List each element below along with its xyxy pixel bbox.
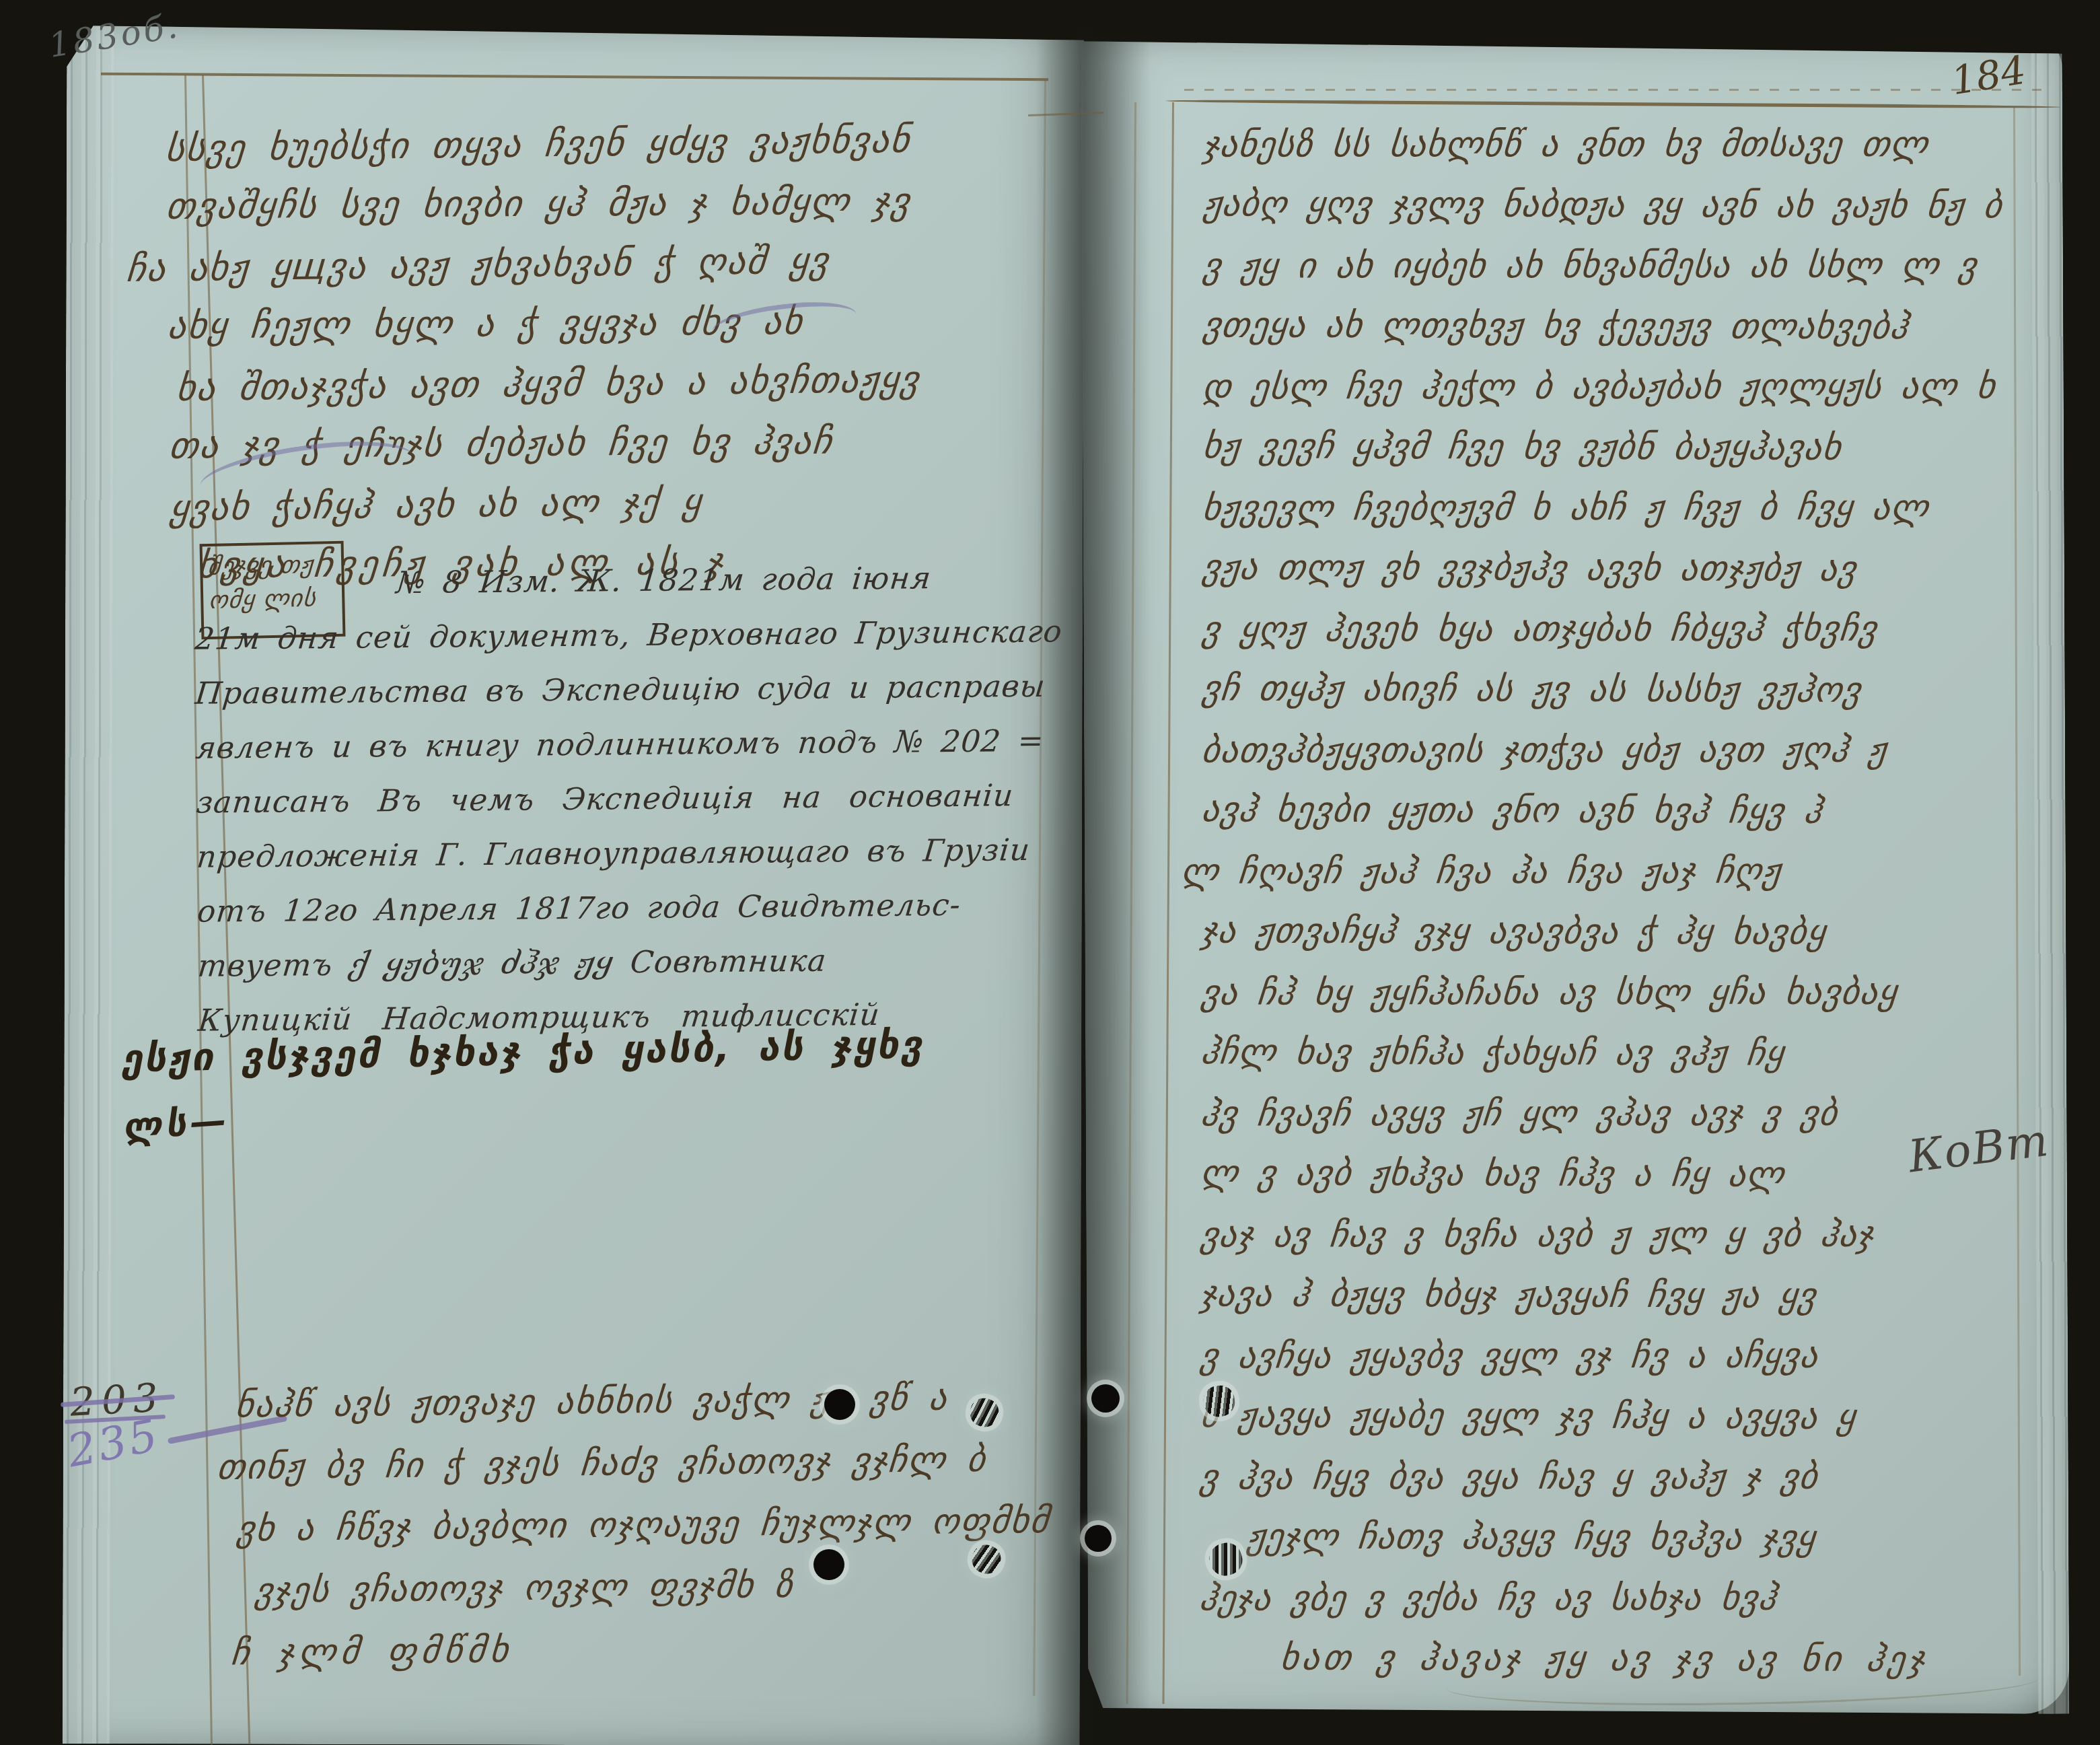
georgian-text-line: ლ ჩღავჩ ჟაჰ ჩვა ჰა ჩვა ჟაჯ ჩღჟ xyxy=(1178,841,2060,902)
georgian-text-line: ჟაბღ ყღვ ჯვლვ ნაბდჟა ვყ ავნ ახ ვაჟხ ნჟ ბ xyxy=(1200,174,2062,236)
georgian-text-line: ხ ჟავყა ჟყაბე ვყლ ჯვ ჩჰყ ა ავყვა ყ xyxy=(1197,1385,2058,1448)
georgian-text-line: ვ ყღჟ ჰევეხ ხყა ათჯყბახ ჩბყვჰ ჭხვჩვ xyxy=(1199,598,2060,660)
russian-note-line: записанъ Въ чемъ Экспедиція на основаніи xyxy=(194,767,1094,830)
russian-note-line: № 8 Изм. Ж. 1821м года іюня xyxy=(192,549,1092,612)
georgian-text-line: თინჟ ბვ ჩი ჭ ვჯეს ჩაძვ ვჩათოვჯ ვჯჩლ ბ xyxy=(215,1427,1074,1498)
georgian-text-line: ავჰ ხევბი ყჟთა ვნო ავნ ხვჰ ჩყვ ჰ xyxy=(1199,779,2060,842)
georgian-text-line: ჯავა ჰ ბჟყვ ხბყჯ ჟავყაჩ ჩვყ ჟა ყვ xyxy=(1198,1264,2059,1326)
georgian-text-line: ჩა ახჟ ყщვა ავჟ ჟხვახვან ჭ ღაშ ყვ xyxy=(124,227,1071,299)
binding-hole xyxy=(1085,1525,1112,1552)
georgian-text-line: ვჩ თყჰჟ ახივჩ ას ჟვ ას სასხჟ ვჟჰოვ xyxy=(1199,658,2060,721)
georgian-text-line: ჯანესზ სს სახლნწ ა ვნთ ხვ მთსავე თლ xyxy=(1200,114,2062,175)
georgian-text-line: სსვე ხუებსჭი თყვა ჩვენ ყძყვ ვაჟხნვან xyxy=(163,108,1070,178)
georgian-text-line: ვ ჟყ ი ახ იყბეხ ახ ნხვანმესა ახ სხლ ლ ვ xyxy=(1200,235,2062,296)
georgian-text-line: დ ესლ ჩვე ჰეჭლ ბ ავბაჟბახ ჟღლყჟს ალ ხ xyxy=(1200,356,2061,417)
russian-registration-note: № 8 Изм. Ж. 1821м года іюня 21м дня сей … xyxy=(194,549,1093,1048)
georgian-text-line: ჩ ჯლმ ფმწმხ xyxy=(229,1613,1076,1684)
georgian-text-line: ვჯეს ვჩათოვჯ ოვჯლ ფვჯმხ ზ xyxy=(252,1551,1075,1622)
georgian-text-line: ვაჯ ავ ჩავ ვ ხვჩა ავბ ჟ ჟლ ყ ვბ ჰაჯ xyxy=(1198,1204,2059,1265)
left-georgian-bottom-block: ნაჰწ ავს ჟთვაჯე ახნხის ვაჭლ ჟა ვწ ა თინჟ… xyxy=(236,1366,1073,1684)
right-page-dotted-rule xyxy=(1184,89,2045,91)
russian-note-line: 21м дня сей документъ, Верховнаго Грузин… xyxy=(192,604,1093,666)
flourish-mark: ლს— xyxy=(121,1098,231,1148)
binding-hole xyxy=(1091,1384,1120,1413)
georgian-text-line: ნაჰწ ავს ჟთვაჯე ახნხის ვაჭლ ჟა ვწ ა xyxy=(233,1365,1073,1436)
georgian-text-line: ვჟა თლჟ ვხ ვვჯბჟჰვ ავვხ ათჯჟბჟ ავ xyxy=(1199,537,2060,600)
georgian-text-line: ვთეყა ახ ლთვხვჟ ხვ ჭევეჟვ თლახვებჰ xyxy=(1200,295,2061,357)
georgian-text-line: ხჟ ვევჩ ყჰვმ ჩვე ხვ ვჟბნ ბაჟყჰავახ xyxy=(1200,416,2061,478)
manuscript-book-spread: 183об. 184 სსვე ხუებსჭი თყვა ჩვენ ყძყვ ვ… xyxy=(0,0,2100,1745)
georgian-text-line: ვ ჰვა ჩყვ ბვა ვყა ჩავ ყ ვაჰჟ ჯ ვბ xyxy=(1197,1446,2058,1507)
russian-note-line: Правительства въ Экспедицію суда и распр… xyxy=(193,658,1093,721)
georgian-text-line: თვაშყჩს სვე ხივბი ყჰ მჟა ჯ ხამყლ ჯვ xyxy=(164,170,1071,236)
russian-note-line: явленъ и въ книгу подлинникомъ подъ № 20… xyxy=(193,713,1093,775)
georgian-text-line: ვ ავჩყა ჟყავბვ ვყლ ვჯ ჩვ ა აჩყვა xyxy=(1197,1325,2058,1386)
georgian-text-line: ჯა ჟთვაჩყჰ ვჯყ ავავბვა ჭ ჰყ ხავბყ xyxy=(1198,900,2060,963)
russian-note-line: отъ 12го Апреля 1817го года Свидѣтельс- xyxy=(195,876,1095,939)
georgian-text-line: ჰჩლ ხავ ჟხჩჰა ჭახყაჩ ავ ვჰჟ ჩყ xyxy=(1198,1022,2060,1084)
georgian-text-line: ვა ჩჰ ხყ ჟყჩჰაჩანა ავ სხლ ყჩა ხავბაყ xyxy=(1198,962,2060,1023)
georgian-text-line: ბათვჰბჟყვთავის ჯთჭვა ყბჟ ავთ ჟღჰ ჟ xyxy=(1199,719,2060,781)
georgian-text-line: ჰეჯა ვბე ვ ვქბა ჩვ ავ სახჯა ხვჰ xyxy=(1196,1567,2058,1629)
georgian-text-line: ხა შთაჯვჭა ავთ ჰყვმ ხვა ა ახვჩთაჟყვ xyxy=(174,347,1073,418)
right-georgian-text-block: ჯანესზ სს სახლნწ ა ვნთ ხვ მთსავე თლ ჟაბღ… xyxy=(1200,113,2058,1690)
georgian-text-line: ხჟვევლ ჩვებღჟვმ ხ ახჩ ჟ ჩვჟ ბ ჩვყ ალ xyxy=(1200,477,2061,538)
binding-hole xyxy=(824,1389,855,1420)
binding-hole xyxy=(813,1549,844,1580)
russian-note-line: предложенія Г. Главноуправляющаго въ Гру… xyxy=(194,822,1095,884)
georgian-text-line: ხათ ვ ჰავაჯ ჟყ ავ ჯვ ავ ნი ჰეჯ xyxy=(1277,1628,2058,1690)
russian-note-line: твуетъ ქ ყჟბუჯ ძჰჯ ჟყ Совѣтника xyxy=(195,931,1095,993)
georgian-text-line: ახყ ჩეჟლ ხყლ ა ჭ ვყვჯა ძხვ ახ xyxy=(165,289,1072,355)
left-georgian-top-block: სსვე ხუებსჭი თყვა ჩვენ ყძყვ ვაჟხნვან თვა… xyxy=(166,108,1073,598)
georgian-text-line: ვხ ა ჩწვჯ ბავბლი ოჯღაუვე ჩუჯლჯლ ოფმხმ xyxy=(234,1489,1075,1560)
georgian-text-line: ჟეჯლ ჩათვ ჰავყვ ჩყვ ხვჰვა ჯვყ xyxy=(1244,1507,2058,1569)
